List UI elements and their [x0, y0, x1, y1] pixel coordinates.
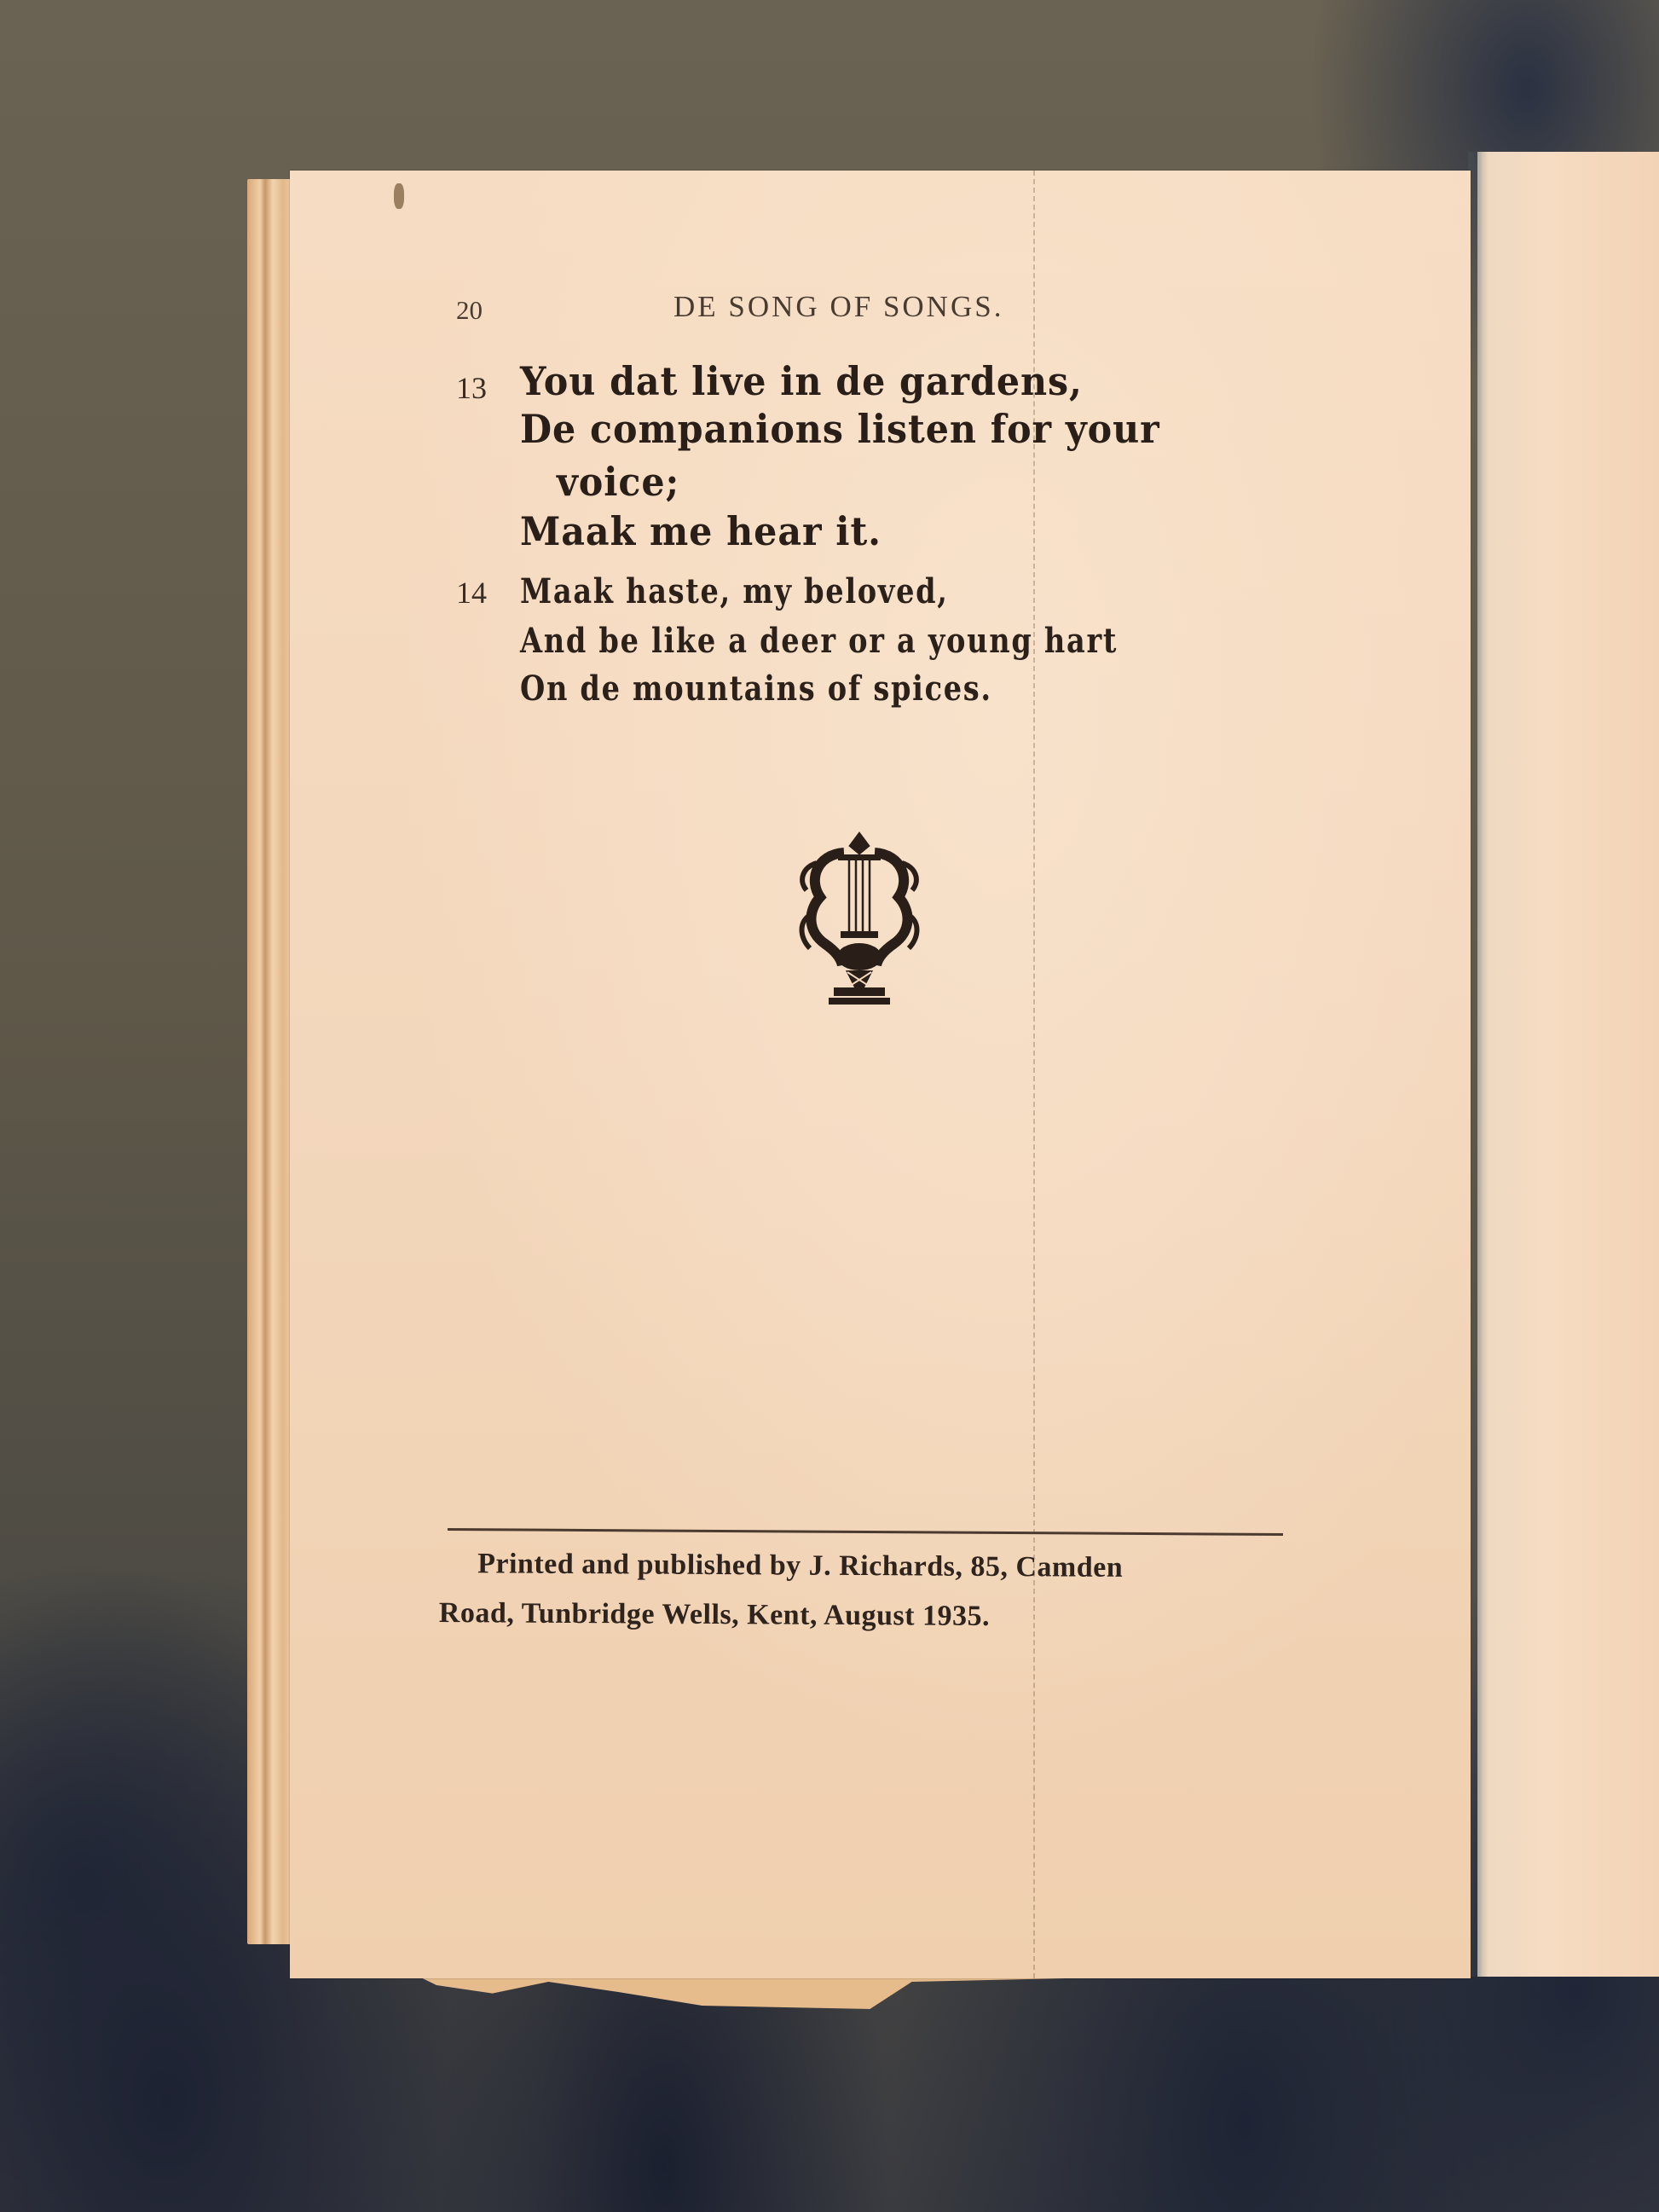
verse-line: You dat live in de gardens, — [520, 358, 1083, 404]
imprint-rule — [448, 1528, 1283, 1536]
verse-line: Maak haste, my beloved, — [520, 571, 949, 611]
verse-line: On de mountains of spices. — [520, 669, 992, 709]
facing-page — [1477, 152, 1659, 1977]
verse-line: voice; — [557, 459, 679, 505]
verse-line: Maak me hear it. — [520, 508, 882, 554]
imprint-line: Printed and published by J. Richards, 85… — [439, 1539, 1292, 1594]
verse-number: 13 — [456, 370, 487, 406]
paper-stain — [394, 183, 404, 209]
booklet-page: 20 DE SONG OF SONGS. 13 You dat live in … — [290, 171, 1471, 1978]
page-number: 20 — [456, 295, 483, 326]
verse-number: 14 — [456, 575, 487, 611]
lyre-ornament-icon — [791, 829, 928, 1008]
imprint-line: Road, Tunbridge Wells, Kent, August 1935… — [439, 1589, 1292, 1643]
running-head: 20 DE SONG OF SONGS. — [290, 290, 1471, 324]
verse-line: De companions listen for your — [520, 406, 1160, 452]
verse-line: And be like a deer or a young hart — [520, 621, 1118, 661]
imprint: Printed and published by J. Richards, 85… — [439, 1539, 1292, 1643]
running-title: DE SONG OF SONGS. — [673, 290, 1003, 324]
